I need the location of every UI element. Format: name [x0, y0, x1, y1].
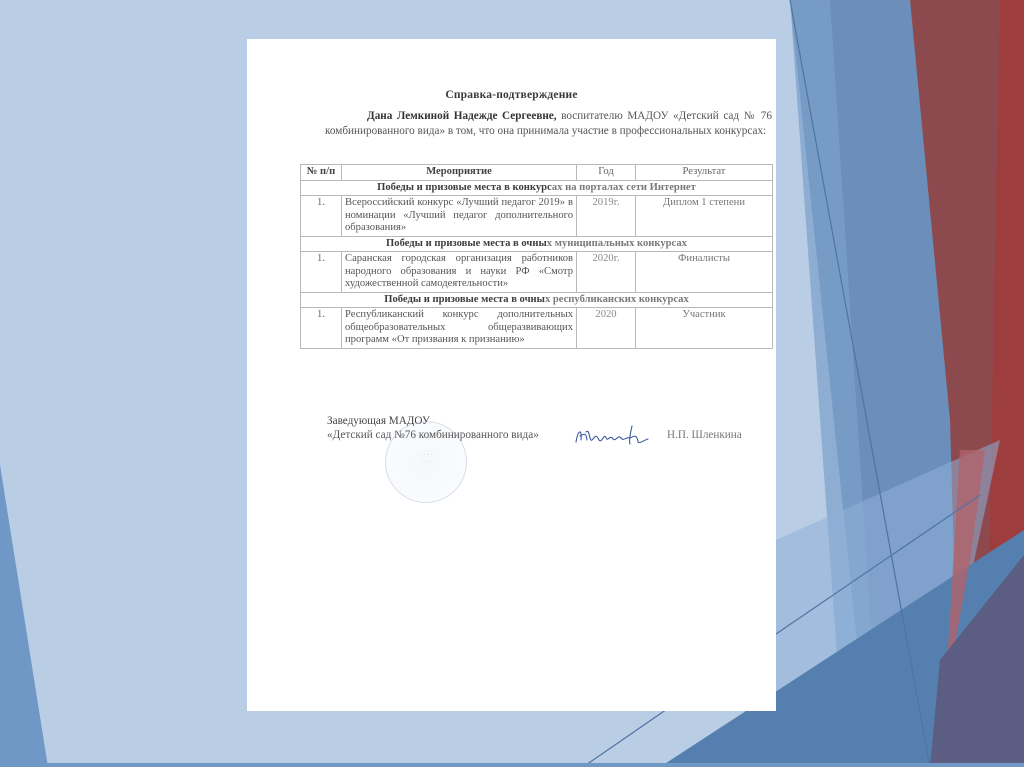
header-num: № п/п — [301, 165, 342, 181]
header-year: Год — [577, 165, 636, 181]
row-result: Диплом 1 степени — [636, 196, 773, 237]
row-year: 2019г. — [577, 196, 636, 237]
table-header-row: № п/п Мероприятие Год Результат — [301, 165, 773, 181]
document-title: Справка-подтверждение — [247, 89, 776, 101]
row-year: 2020 — [577, 308, 636, 349]
header-result: Результат — [636, 165, 773, 181]
section-title: Победы и призовые места в очны — [386, 238, 547, 249]
signatory-position: Заведующая МАДОУ — [327, 414, 772, 428]
signatory-name: Н.П. Шленкина — [667, 428, 742, 442]
section-row-republican: Победы и призовые места в очных республи… — [301, 292, 773, 308]
row-event: Республиканский конкурс дополнительных о… — [342, 308, 577, 349]
section-title-continued: ах на порталах сети Интернет — [552, 182, 696, 193]
row-result: Участник — [636, 308, 773, 349]
row-year: 2020г. — [577, 252, 636, 293]
section-title-continued: х республиканских конкурсах — [545, 294, 689, 305]
signature-block: Заведующая МАДОУ «Детский сад №76 комбин… — [327, 414, 772, 442]
intro-recipient: Дана Лемкиной Надежде Сергеевне, — [367, 110, 557, 122]
section-title-continued: х муниципальных конкурсах — [547, 238, 687, 249]
table-row: 1. Республиканский конкурс дополнительны… — [301, 308, 773, 349]
row-num: 1. — [301, 252, 342, 293]
row-num: 1. — [301, 196, 342, 237]
header-event: Мероприятие — [342, 165, 577, 181]
row-num: 1. — [301, 308, 342, 349]
row-result: Финалисты — [636, 252, 773, 293]
section-row-internet: Победы и призовые места в конкурсах на п… — [301, 180, 773, 196]
stamp-text: · · · ·· · · — [386, 452, 466, 466]
section-title: Победы и призовые места в очны — [384, 294, 545, 305]
row-event: Саранская городская организация работник… — [342, 252, 577, 293]
section-row-municipal: Победы и призовые места в очных муниципа… — [301, 236, 773, 252]
handwritten-signature-icon — [572, 422, 657, 450]
scanned-document-page: Справка-подтверждение Дана Лемкиной Наде… — [247, 39, 776, 711]
table-row: 1. Всероссийский конкурс «Лучший педагог… — [301, 196, 773, 237]
table-row: 1. Саранская городская организация работ… — [301, 252, 773, 293]
document-intro: Дана Лемкиной Надежде Сергеевне, воспита… — [325, 109, 772, 139]
section-title: Победы и призовые места в конкурс — [377, 182, 552, 193]
contest-results-table: № п/п Мероприятие Год Результат Победы и… — [300, 164, 773, 349]
row-event: Всероссийский конкурс «Лучший педагог 20… — [342, 196, 577, 237]
